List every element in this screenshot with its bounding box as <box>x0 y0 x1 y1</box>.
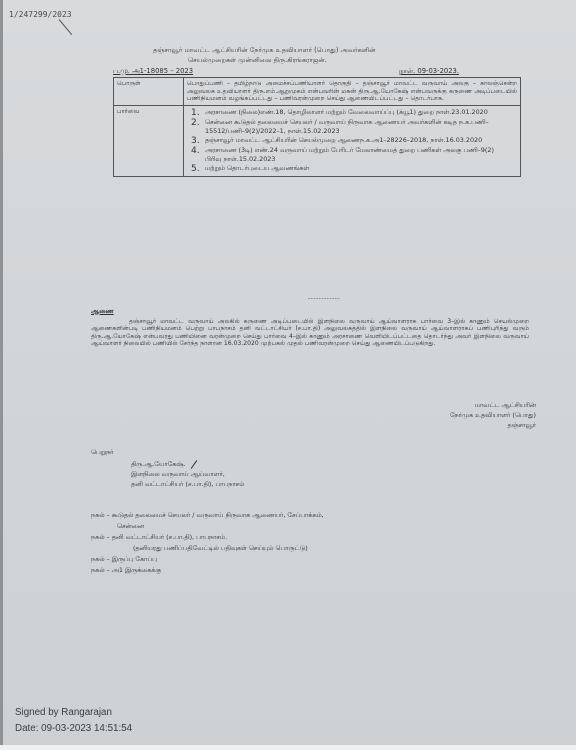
subject-row: பொருள் பொதுப்பணி – தமிழ்நாடு அமைச்சப்பணி… <box>114 78 521 106</box>
header-line-2: செயல்முறைகள் முன்னிலை திரு.கிரங்கராஜன். <box>188 56 327 65</box>
reference-text: அரசாணை (நிலை)எண்.18, தொழிலாளர் மற்றும் வ… <box>205 108 505 118</box>
recipient-name: திரு.ஆ.யோகேஷ். <box>131 460 185 468</box>
references-row: பார்வை 1.அரசாணை (நிலை)எண்.18, தொழிலாளர் … <box>114 105 521 176</box>
reference-item: 3.தஞ்சாவூர் மாவட்ட ஆட்சியரின் செயல்முறை … <box>187 136 517 146</box>
signatory-line-2: நேர்முக உதவியாளர் (பொது) <box>450 410 536 420</box>
references-list: 1.அரசாணை (நிலை)எண்.18, தொழிலாளர் மற்றும்… <box>187 108 517 174</box>
document-page: 1/247299/2023 தஞ்சாவூர் மாவட்ட ஆட்சியரின… <box>0 0 576 745</box>
signatory-line-1: மாவட்ட ஆட்சியரின் <box>450 400 536 410</box>
copy-item-continuation: (தனியரது பணிப்பதிவேட்டில் பதிவுகள் செய்ய… <box>91 543 324 554</box>
reference-item: 4.அரசாணை (3டி) எண்.24 வருவாய் மற்றும் பே… <box>187 146 517 164</box>
order-title: ஆணை <box>91 307 114 316</box>
signatory-block: மாவட்ட ஆட்சியரின் நேர்முக உதவியாளர் (பொத… <box>450 400 536 430</box>
reference-text: மற்றும் தொடர்புடைய ஆவணங்கள் <box>205 164 505 174</box>
proceeding-date: நாள். 09-03-2023. <box>399 67 459 76</box>
reference-number: 1. <box>191 108 205 118</box>
order-body: தஞ்சாவூர் மாவட்ட வருவாய் அலகில் கருணை அட… <box>91 318 529 348</box>
recipient-block: திரு.ஆ.யோகேஷ். இளநிலை வருவாய் ஆய்வாளர், … <box>131 459 244 489</box>
recipient-designation: இளநிலை வருவாய் ஆய்வாளர், <box>131 469 244 479</box>
proceeding-reference: ப.மு. அ1-18085 – 2023 <box>113 67 193 76</box>
signatory-line-3: தஞ்சாவூர் <box>450 420 536 430</box>
digital-signature-date: Date: 09-03-2023 14:51:54 <box>15 723 132 734</box>
recipient-label: பெறுநர் <box>91 448 114 457</box>
copy-item: நகல் – அ1 இருக்கைக்கு <box>91 565 324 576</box>
reference-text: தஞ்சாவூர் மாவட்ட ஆட்சியரின் செயல்முறை ஆண… <box>205 136 505 146</box>
reference-item: 2.சென்னை கூடுதல் தலைமைச் செயலர் / வருவாய… <box>187 118 517 136</box>
reference-number: 3. <box>191 136 205 146</box>
reference-text: அரசாணை (3டி) எண்.24 வருவாய் மற்றும் பேரி… <box>205 146 505 164</box>
reference-text: சென்னை கூடுதல் தலைமைச் செயலர் / வருவாய் … <box>205 118 505 136</box>
reference-number: 4. <box>191 146 205 164</box>
recipient-name-line: திரு.ஆ.யோகேஷ். <box>131 459 244 469</box>
copy-item: நகல் – இருப்பு கோப்பு <box>91 554 324 565</box>
section-divider: ------------ <box>308 295 340 302</box>
file-reference-number: 1/247299/2023 <box>9 10 72 19</box>
page-bottom-edge <box>0 745 576 750</box>
reference-item: 1.அரசாணை (நிலை)எண்.18, தொழிலாளர் மற்றும்… <box>187 108 517 118</box>
pen-mark <box>59 19 73 35</box>
subject-reference-table: பொருள் பொதுப்பணி – தமிழ்நாடு அமைச்சப்பணி… <box>113 77 521 177</box>
reference-number: 2. <box>191 118 205 136</box>
digital-signature-signer: Signed by Rangarajan <box>15 707 112 718</box>
copy-item: நகல் – கூடுதல் தலைமைச் செயலர் / வருவாய் … <box>91 510 324 521</box>
subject-label: பொருள் <box>114 78 184 106</box>
recipient-office: தனி வட்டாட்சியர் (ச.பா.தி), பாபநாசம் <box>131 479 244 489</box>
copy-item-continuation: சென்னை <box>91 521 324 532</box>
reference-item: 5.மற்றும் தொடர்புடைய ஆவணங்கள் <box>187 164 517 174</box>
copy-item: நகல் – தனி வட்டாட்சியர் (ச.பா.தி), பாபநா… <box>91 532 324 543</box>
header-line-1: தஞ்சாவூர் மாவட்ட ஆட்சியரின் நேர்முக உதவி… <box>153 46 376 55</box>
references-cell: 1.அரசாணை (நிலை)எண்.18, தொழிலாளர் மற்றும்… <box>184 105 521 176</box>
check-mark-icon <box>191 460 198 469</box>
subject-text: பொதுப்பணி – தமிழ்நாடு அமைச்சப்பணியாளர் த… <box>184 78 521 106</box>
copy-to-list: நகல் – கூடுதல் தலைமைச் செயலர் / வருவாய் … <box>91 510 324 576</box>
reference-number: 5. <box>191 164 205 174</box>
references-label: பார்வை <box>114 105 184 176</box>
